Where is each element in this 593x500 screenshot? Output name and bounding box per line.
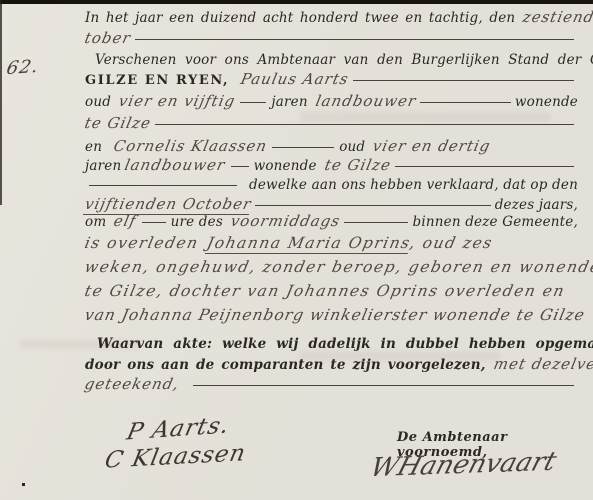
- record-line-12: is overleden Johanna Maria Oprins , oud …: [85, 234, 578, 254]
- handwritten-parent-mother: van Johanna Peijnenborg winkelierster wo…: [83, 306, 587, 324]
- record-line-17: door ons aan de comparanten te zijn voor…: [85, 355, 578, 373]
- record-line-7: en Cornelis Klaassen oud vier en dertig: [85, 137, 578, 155]
- handwritten-declarant1-age: vier en vijftig: [117, 92, 237, 110]
- scan-edge-left: [0, 0, 2, 205]
- record-line-1: In het jaar een duizend acht honderd twe…: [85, 8, 578, 26]
- fill-rule: [395, 166, 574, 167]
- handwritten-declarant2-residence: te Gilze: [323, 156, 393, 174]
- signature-official: WHanenvaart: [367, 447, 560, 483]
- dash-rule: [231, 166, 249, 167]
- dash-rule: [240, 102, 266, 103]
- ink-speck: [22, 483, 25, 486]
- handwritten-declarant2-name: Cornelis Klaassen: [112, 137, 269, 155]
- printed-binnen-gemeente: binnen deze Gemeente,: [412, 214, 578, 230]
- printed-dezes-jaars: dezes jaars,: [495, 197, 578, 213]
- fill-rule: [155, 124, 574, 125]
- printed-closing-clause-2: door ons aan de comparanten te zijn voor…: [85, 357, 486, 373]
- handwritten-declarant2-occupation: landbouwer: [123, 156, 227, 174]
- dash-rule: [142, 222, 166, 223]
- handwritten-deceased-intro: is overleden: [83, 234, 201, 252]
- handwritten-declarant1-occupation: landbouwer: [314, 92, 418, 110]
- act-number: 62.: [5, 56, 41, 79]
- fill-rule: [89, 185, 237, 186]
- handwritten-declarant1-name: Paulus Aarts: [239, 70, 350, 88]
- dash-rule: [344, 222, 408, 223]
- printed-oud-label: oud: [85, 94, 111, 110]
- handwritten-death-hour: elf: [112, 212, 138, 230]
- handwritten-month-continued: tober: [83, 29, 133, 47]
- dash-rule: [272, 147, 334, 148]
- fill-rule: [135, 39, 574, 40]
- record-line-4: GILZE EN RYEN, Paulus Aarts: [85, 70, 578, 88]
- fill-rule: [255, 205, 491, 206]
- printed-wonende-label-2: wonende: [254, 158, 317, 174]
- record-line-8: jaren landbouwer wonende te Gilze: [85, 156, 578, 174]
- record-line-16: Waarvan akte: welke wij dadelijk in dubb…: [85, 336, 578, 352]
- printed-jaren-label-2: jaren: [85, 158, 121, 174]
- handwritten-closing-addition: met dezelve hebben: [492, 355, 593, 373]
- record-line-9: dewelke aan ons hebben verklaard, dat op…: [85, 177, 578, 193]
- printed-om-label: om: [85, 214, 106, 230]
- printed-ure-des: ure des: [171, 214, 223, 230]
- record-line-2: tober: [85, 29, 578, 47]
- handwritten-declarant1-residence: te Gilze: [83, 114, 153, 132]
- record-line-14: te Gilze, dochter van Johannes Oprins ov…: [85, 282, 578, 300]
- printed-en-label: en: [85, 139, 102, 155]
- printed-oud-label-2: oud: [339, 139, 365, 155]
- record-line-6: te Gilze: [85, 114, 578, 132]
- handwritten-deceased-name: Johanna Maria Oprins: [205, 234, 413, 254]
- printed-declaration-clause: dewelke aan ons hebben verklaard, dat op…: [249, 177, 578, 193]
- handwritten-parent-father: te Gilze, dochter van Johannes Oprins ov…: [83, 282, 567, 300]
- printed-wonende-label: wonende: [515, 94, 578, 110]
- record-line-13: weken, ongehuwd, zonder beroep, geboren …: [85, 258, 578, 276]
- handwritten-deceased-details: weken, ongehuwd, zonder beroep, geboren …: [83, 258, 593, 276]
- record-line-11: om elf ure des voormiddags binnen deze G…: [85, 212, 578, 230]
- printed-jaren-label: jaren: [271, 94, 307, 110]
- handwritten-deceased-age: , oud zes: [408, 234, 495, 252]
- scan-edge-top: [0, 0, 593, 4]
- handwritten-declarant2-age: vier en dertig: [371, 137, 492, 155]
- printed-appearance-clause: Verschenen voor ons Ambtenaar van den Bu…: [85, 52, 593, 68]
- fill-rule: [193, 385, 574, 386]
- handwritten-date-day-month: zestienden Oc-: [521, 8, 593, 26]
- record-line-3: Verschenen voor ons Ambtenaar van den Bu…: [85, 52, 578, 68]
- fill-rule: [353, 80, 574, 81]
- printed-municipality-name: GILZE EN RYEN,: [85, 73, 229, 88]
- signature-declarant1: P Aarts.: [124, 413, 232, 446]
- death-record-scan: 62. In het jaar een duizend acht honderd…: [0, 0, 593, 500]
- dash-rule: [420, 102, 511, 103]
- handwritten-time-of-day: voormiddags: [229, 212, 342, 230]
- printed-opening-year: In het jaar een duizend acht honderd twe…: [85, 10, 515, 26]
- printed-closing-clause-1: Waarvan akte: welke wij dadelijk in dubb…: [85, 336, 593, 352]
- record-line-5: oud vier en vijftig jaren landbouwer won…: [85, 92, 578, 110]
- record-line-18: geteekend,: [85, 375, 578, 393]
- record-line-15: van Johanna Peijnenborg winkelierster wo…: [85, 306, 578, 324]
- handwritten-geteekend: geteekend,: [83, 375, 181, 393]
